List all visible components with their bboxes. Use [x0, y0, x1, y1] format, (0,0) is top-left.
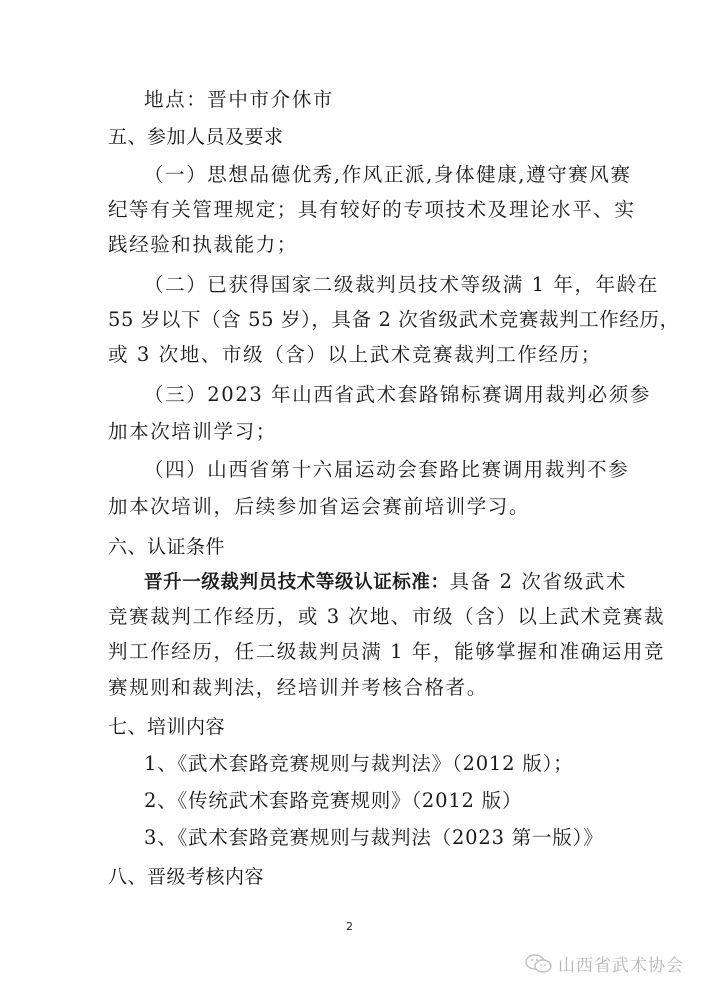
wechat-icon: [524, 953, 554, 975]
paragraph-line: 或 3 次地、市级（含）以上武术竞赛裁判工作经历；: [108, 343, 606, 367]
paragraph-line: （一）思想品德优秀,作风正派,身体健康,遵守赛风赛: [144, 163, 606, 187]
section-heading-8: 八、晋级考核内容: [108, 865, 606, 889]
document-page: 地点：晋中市介休市 五、参加人员及要求 （一）思想品德优秀,作风正派,身体健康,…: [0, 0, 702, 993]
paragraph-line: （四）山西省第十六届运动会套路比赛调用裁判不参: [144, 458, 606, 482]
wechat-watermark: 山西省武术协会: [524, 951, 684, 976]
section-heading-5: 五、参加人员及要求: [108, 125, 606, 149]
page-number: 2: [346, 920, 353, 933]
certification-standard-line: 晋升一级裁判员技术等级认证标准：具备 2 次省级武术: [144, 570, 606, 595]
watermark-text: 山西省武术协会: [558, 951, 684, 976]
certification-standard-text: 具备 2 次省级武术: [450, 570, 627, 593]
section-heading-6: 六、认证条件: [108, 535, 606, 559]
paragraph-line: 纪等有关管理规定；具有较好的专项技术及理论水平、实: [108, 198, 606, 222]
paragraph-line: （三）2023 年山西省武术套路锦标赛调用裁判必须参: [144, 383, 606, 407]
section-heading-7: 七、培训内容: [108, 715, 606, 739]
paragraph-line: 赛规则和裁判法，经培训并考核合格者。: [108, 676, 606, 700]
certification-standard-label: 晋升一级裁判员技术等级认证标准：: [144, 572, 450, 593]
paragraph-line: （二）已获得国家二级裁判员技术等级满 1 年，年龄在: [144, 273, 606, 297]
paragraph-line: 55 岁以下（含 55 岁），具备 2 次省级武术竞赛裁判工作经历，: [108, 308, 606, 332]
training-item-1: 1、《武术套路竞赛规则与裁判法》（2012 版）；: [144, 752, 642, 776]
paragraph-line: 加本次培训学习；: [108, 420, 606, 444]
training-item-2: 2、《传统武术套路竞赛规则》（2012 版）: [144, 789, 642, 813]
paragraph-line: 践经验和执裁能力；: [108, 233, 606, 257]
paragraph-line: 加本次培训，后续参加省运会赛前培训学习。: [108, 495, 606, 519]
location-line: 地点：晋中市介休市: [144, 88, 606, 112]
paragraph-line: 竞赛裁判工作经历，或 3 次地、市级（含）以上武术竞赛裁: [108, 605, 606, 629]
training-item-3: 3、《武术套路竞赛规则与裁判法（2023 第一版）》: [144, 826, 642, 850]
paragraph-line: 判工作经历，任二级裁判员满 1 年，能够掌握和准确运用竞: [108, 640, 606, 664]
